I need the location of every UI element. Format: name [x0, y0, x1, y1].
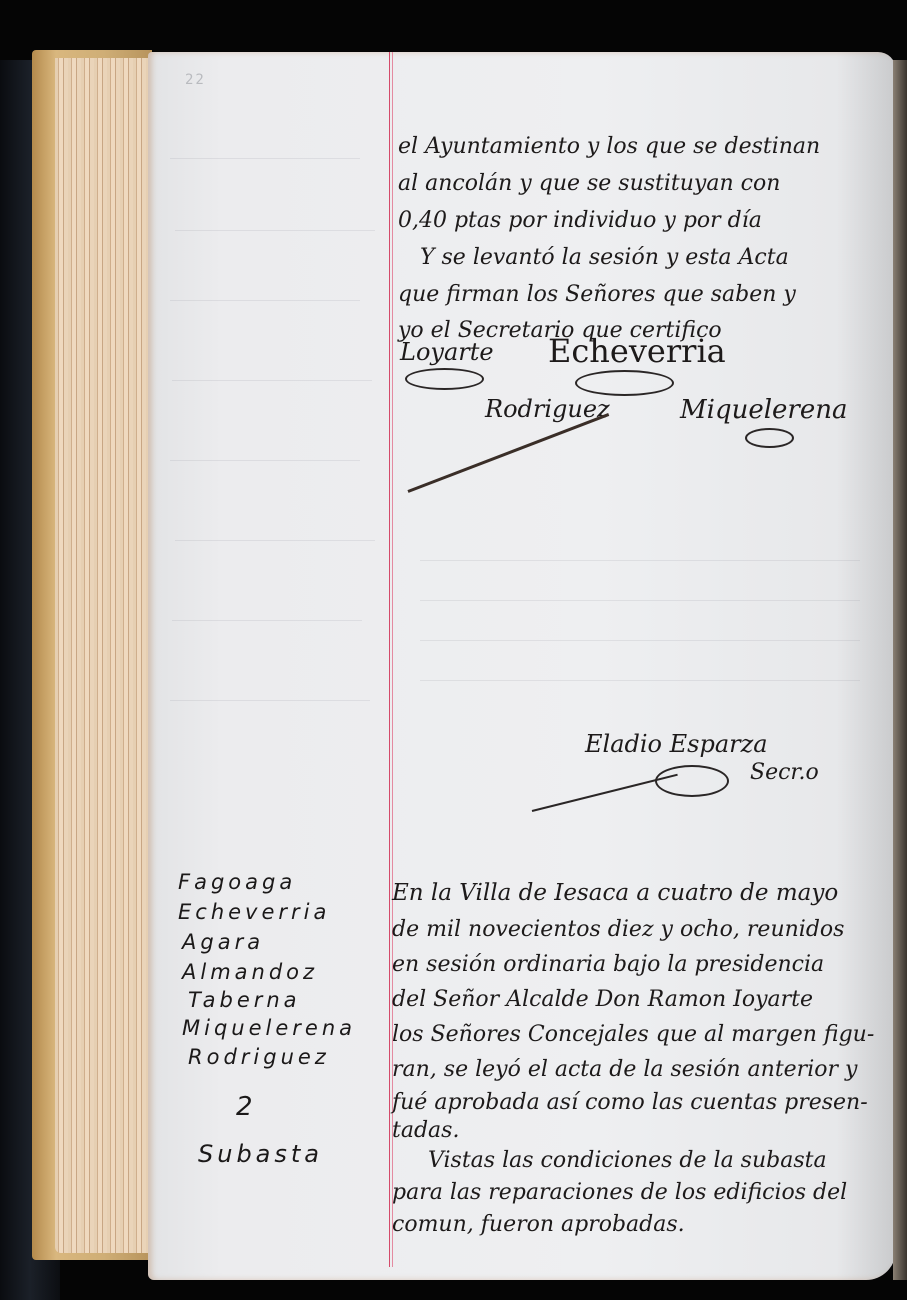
attendee-name: Echeverria	[178, 900, 330, 924]
text-line: Vistas las condiciones de la subasta	[428, 1148, 827, 1173]
item-label: Subasta	[198, 1140, 323, 1168]
text-line: comun, fueron aprobadas.	[392, 1212, 685, 1237]
text-line: el Ayuntamiento y los que se destinan	[398, 134, 820, 159]
bleed-through-line	[175, 230, 375, 231]
text-line: Y se levantó la sesión y esta Acta	[420, 245, 789, 270]
signature-echeverria: Echeverria	[548, 332, 726, 370]
text-line: tadas.	[392, 1118, 459, 1143]
bleed-through-line	[420, 680, 860, 681]
text-line: del Señor Alcalde Don Ramon Ioyarte	[392, 987, 813, 1012]
secretary-name: Eladio Esparza	[585, 730, 768, 758]
text-line: fué aprobada así como las cuentas presen…	[392, 1090, 868, 1115]
attendee-name: Agara	[182, 930, 264, 954]
text-line: los Señores Concejales que al margen fig…	[392, 1022, 874, 1047]
text-line: 0,40 ptas por individuo y por día	[398, 208, 762, 233]
signature-miquelerena: Miquelerena	[680, 395, 847, 425]
bleed-through-line	[420, 640, 860, 641]
signature-flourish	[745, 428, 794, 448]
attendee-name: Fagoaga	[178, 870, 296, 894]
attendee-name: Almandoz	[182, 960, 318, 984]
margin-rule	[389, 52, 393, 1267]
signature-flourish	[405, 368, 484, 390]
page-edges	[55, 58, 150, 1253]
signature-flourish	[655, 765, 729, 797]
text-line: de mil novecientos diez y ocho, reunidos	[392, 917, 844, 942]
bleed-through-line	[170, 460, 360, 461]
text-line: para las reparaciones de los edificios d…	[392, 1180, 847, 1205]
bleed-through-line	[170, 700, 370, 701]
bleed-through-line	[170, 158, 360, 159]
text-line: ran, se leyó el acta de la sesión anteri…	[392, 1057, 857, 1082]
attendee-name: Taberna	[188, 988, 301, 1012]
bleed-through-line	[170, 300, 360, 301]
bleed-through-line	[175, 540, 375, 541]
bleed-through-line	[420, 600, 860, 601]
signature-loyarte: Loyarte	[400, 338, 494, 366]
bleed-through-line	[420, 560, 860, 561]
attendee-name: Rodriguez	[188, 1045, 330, 1069]
secretary-title: Secr.o	[750, 760, 819, 785]
bleed-through-line	[172, 380, 372, 381]
text-line: que firman los Señores que saben y	[398, 282, 796, 307]
text-line: en sesión ordinaria bajo la presidencia	[392, 952, 824, 977]
signature-flourish	[575, 370, 674, 396]
attendee-name: Miquelerena	[182, 1016, 356, 1040]
page-curl-shadow	[893, 60, 907, 1280]
bleed-through-line	[172, 620, 362, 621]
page-number: 22	[185, 72, 206, 88]
item-number: 2	[236, 1092, 257, 1122]
text-line: En la Villa de Iesaca a cuatro de mayo	[392, 880, 838, 906]
text-line: al ancolán y que se sustituyan con	[398, 171, 780, 196]
